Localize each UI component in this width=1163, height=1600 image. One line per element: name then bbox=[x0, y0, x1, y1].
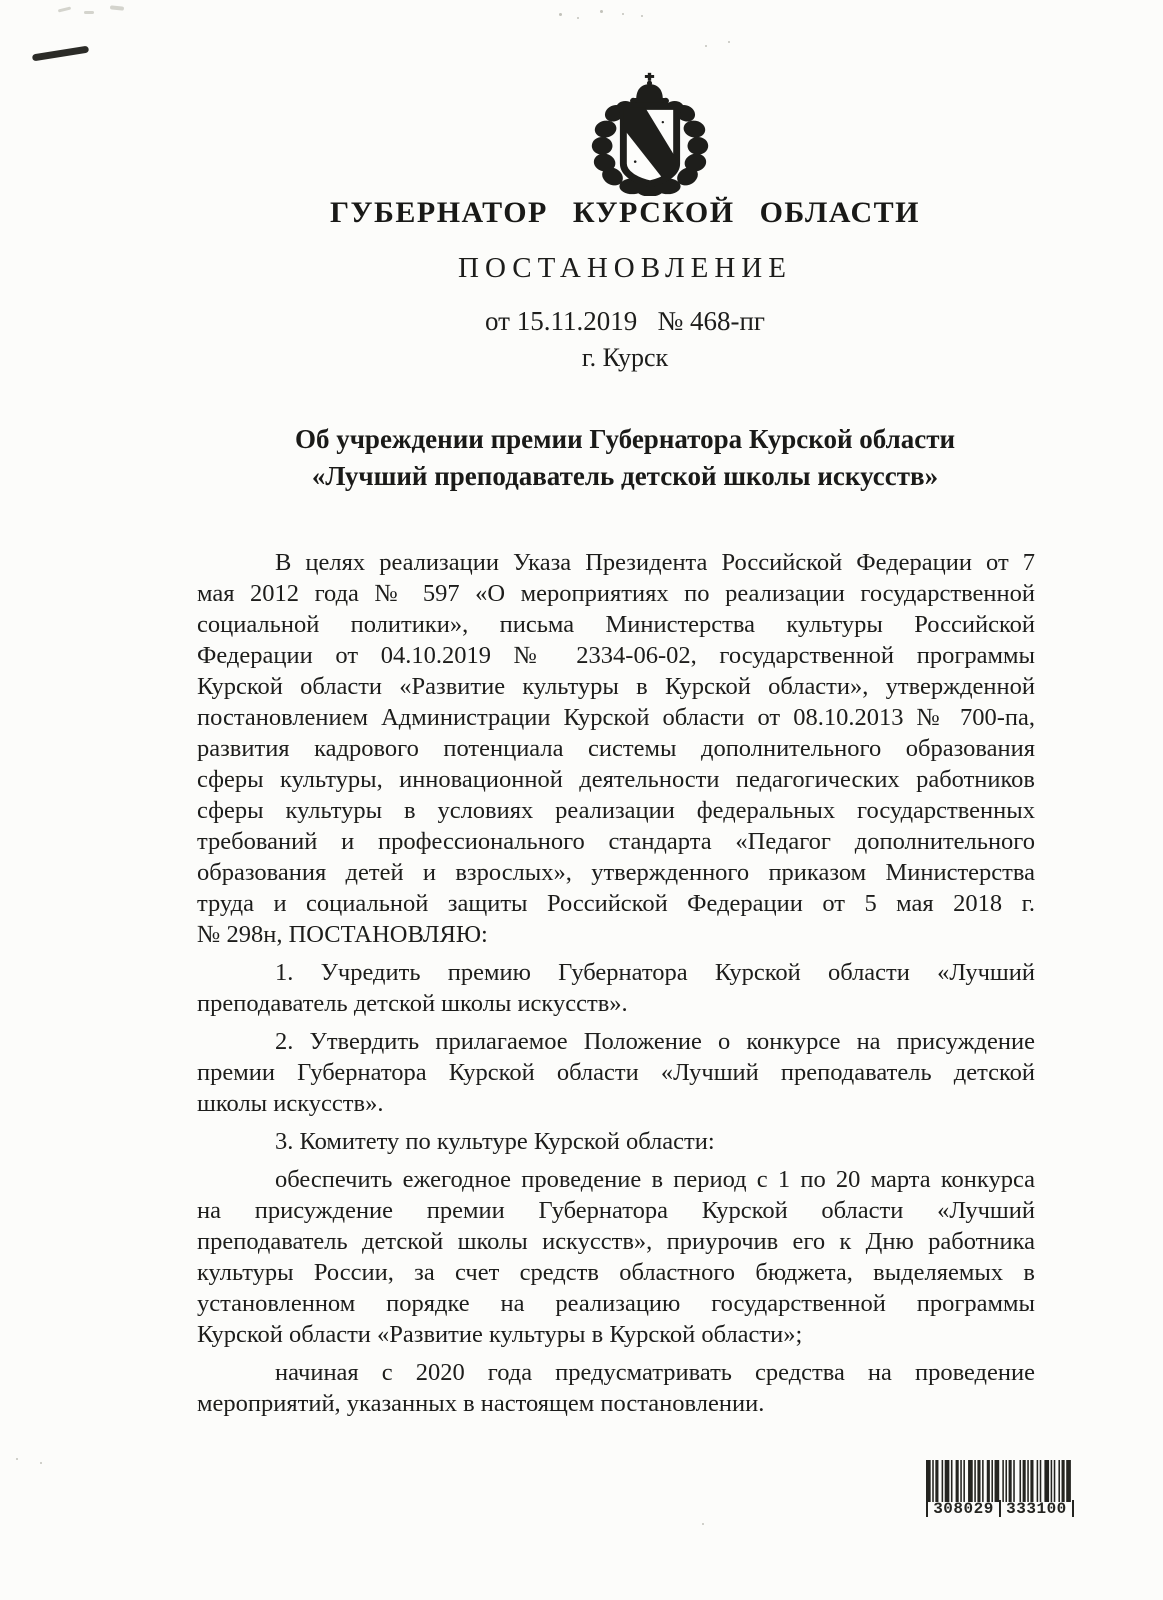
body-line: труда и социальной защиты Российской Фед… bbox=[197, 888, 1035, 919]
body-line: мероприятий, указанных в настоящем поста… bbox=[197, 1388, 1035, 1419]
barcode-bars bbox=[926, 1460, 1074, 1502]
barcode-digits-left: 308029 bbox=[932, 1500, 995, 1518]
body-line: развития кадрового потенциала системы до… bbox=[197, 733, 1035, 764]
scan-speck bbox=[705, 45, 707, 47]
body-paragraph: обеспечить ежегодное проведение в период… bbox=[197, 1164, 1035, 1350]
body-line: мая 2012 года № 597 «О мероприятиях по р… bbox=[197, 578, 1035, 609]
barcode: 308029 333100 bbox=[926, 1460, 1074, 1518]
body-line: премии Губернатора Курской области «Лучш… bbox=[197, 1057, 1035, 1088]
body-line: 3. Комитету по культуре Курской области: bbox=[197, 1126, 1035, 1157]
body-line: на присуждение премии Губернатора Курско… bbox=[197, 1195, 1035, 1226]
body-paragraph: 1. Учредить премию Губернатора Курской о… bbox=[197, 957, 1035, 1019]
body-paragraph: 2. Утвердить прилагаемое Положение о кон… bbox=[197, 1026, 1035, 1119]
body-line: школы искусств». bbox=[197, 1088, 1035, 1119]
scan-speck bbox=[641, 15, 643, 17]
body-line: сферы культуры, инновационной деятельнос… bbox=[197, 764, 1035, 795]
scanned-document-page: ГУБЕРНАТОР КУРСКОЙ ОБЛАСТИ ПОСТАНОВЛЕНИЕ… bbox=[0, 0, 1163, 1600]
city-line: г. Курск bbox=[200, 343, 1050, 373]
document-type-title: ПОСТАНОВЛЕНИЕ bbox=[200, 252, 1050, 285]
subject-line-2: «Лучший преподаватель детской школы иску… bbox=[200, 458, 1050, 495]
body-line: требований и профессионального стандарта… bbox=[197, 826, 1035, 857]
scan-speck bbox=[40, 1462, 42, 1464]
scan-speck bbox=[702, 1523, 704, 1525]
body-line: культуры России, за счет средств областн… bbox=[197, 1257, 1035, 1288]
barcode-guard-bar bbox=[926, 1500, 928, 1517]
subject-line-1: Об учреждении премии Губернатора Курской… bbox=[200, 421, 1050, 458]
subject-heading: Об учреждении премии Губернатора Курской… bbox=[200, 421, 1050, 495]
body-line: обеспечить ежегодное проведение в период… bbox=[197, 1164, 1035, 1195]
scan-speck bbox=[16, 1458, 18, 1460]
barcode-guard-bar bbox=[1072, 1500, 1074, 1517]
barcode-digits-right: 333100 bbox=[1005, 1500, 1068, 1518]
body-paragraph: В целях реализации Указа Президента Росс… bbox=[197, 547, 1035, 950]
scan-smudge bbox=[58, 6, 71, 12]
body-line: Федерации от 04.10.2019 № 2334-06-02, го… bbox=[197, 640, 1035, 671]
body-line: социальной политики», письма Министерств… bbox=[197, 609, 1035, 640]
kursk-coat-of-arms-icon bbox=[576, 72, 724, 196]
body-line: образования детей и взрослых», утвержден… bbox=[197, 857, 1035, 888]
scan-speck bbox=[728, 41, 730, 43]
body-line: № 298н, ПОСТАНОВЛЯЮ: bbox=[197, 919, 1035, 950]
body-line: преподаватель детской школы искусств», п… bbox=[197, 1226, 1035, 1257]
organization-title: ГУБЕРНАТОР КУРСКОЙ ОБЛАСТИ bbox=[200, 196, 1050, 230]
body-line: Курской области «Развитие культуры в Кур… bbox=[197, 671, 1035, 702]
scan-smudge bbox=[110, 5, 124, 10]
body-paragraph: 3. Комитету по культуре Курской области: bbox=[197, 1126, 1035, 1157]
scan-speck bbox=[559, 13, 562, 16]
body-line: сферы культуры в условиях реализации фед… bbox=[197, 795, 1035, 826]
body-line: преподаватель детской школы искусств». bbox=[197, 988, 1035, 1019]
body-line: 1. Учредить премию Губернатора Курской о… bbox=[197, 957, 1035, 988]
scan-speck bbox=[577, 17, 579, 19]
scan-speck bbox=[622, 13, 624, 15]
scan-speck bbox=[600, 10, 603, 13]
body-line: 2. Утвердить прилагаемое Положение о кон… bbox=[197, 1026, 1035, 1057]
body-paragraph: начиная с 2020 года предусматривать сред… bbox=[197, 1357, 1035, 1419]
scan-artifact-ink-stroke bbox=[32, 46, 89, 62]
barcode-guard-bar bbox=[999, 1500, 1001, 1517]
body-line: В целях реализации Указа Президента Росс… bbox=[197, 547, 1035, 578]
body-line: постановлением Администрации Курской обл… bbox=[197, 702, 1035, 733]
date-number-line: от 15.11.2019 № 468-пг bbox=[200, 306, 1050, 337]
scan-smudge bbox=[84, 11, 94, 14]
document-body: В целях реализации Указа Президента Росс… bbox=[197, 547, 1035, 1426]
body-line: начиная с 2020 года предусматривать сред… bbox=[197, 1357, 1035, 1388]
body-line: установленном порядке на реализацию госу… bbox=[197, 1288, 1035, 1319]
barcode-digits: 308029 333100 bbox=[926, 1500, 1074, 1518]
body-line: Курской области «Развитие культуры в Кур… bbox=[197, 1319, 1035, 1350]
